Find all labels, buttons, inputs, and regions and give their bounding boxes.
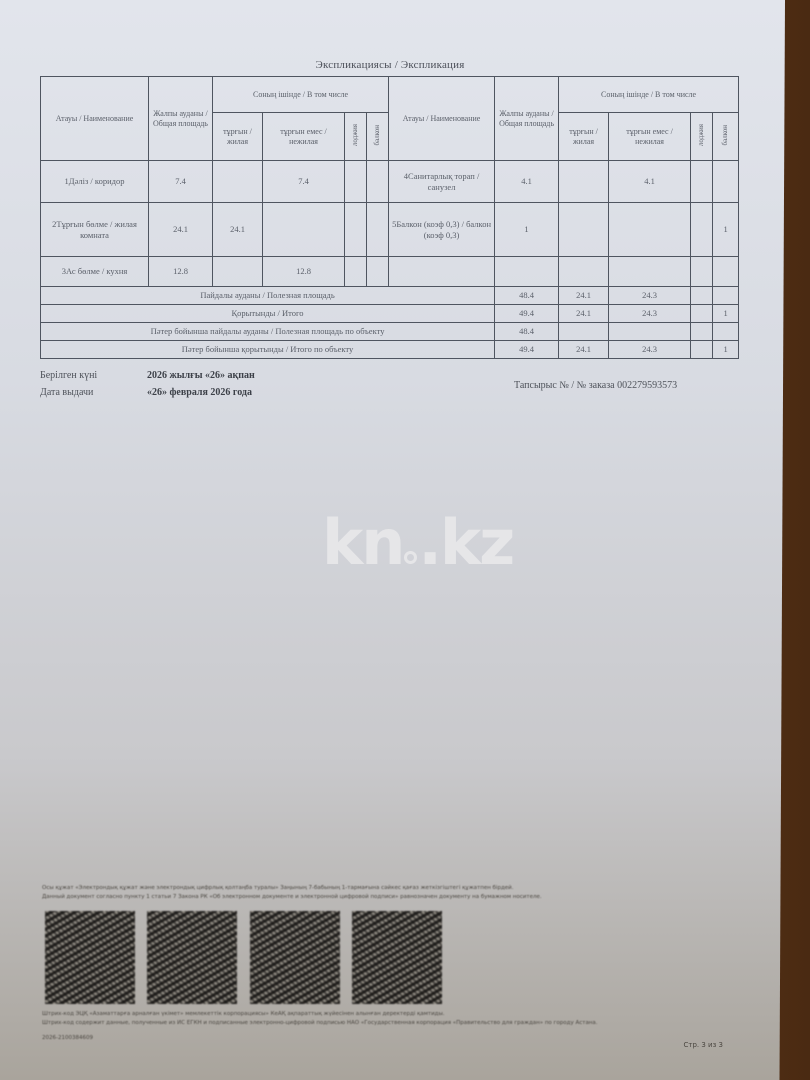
cell-non-residential: 4.1 <box>609 161 691 203</box>
table-row: 3Ас бөлме / кухня12.812.8 <box>41 257 739 287</box>
total-non-residential: 24.3 <box>609 341 691 359</box>
header-loggia: лоджия <box>691 113 713 161</box>
total-total: 48.4 <box>495 287 559 305</box>
cell-residential <box>559 257 609 287</box>
total-total: 49.4 <box>495 305 559 323</box>
cell-residential <box>559 203 609 257</box>
total-non-residential: 24.3 <box>609 287 691 305</box>
qr-code <box>45 911 135 1004</box>
cell-non-residential: 7.4 <box>263 161 345 203</box>
header-non-residential: тұрғын емес / нежилая <box>263 113 345 161</box>
cell-total: 12.8 <box>149 257 213 287</box>
cell-balcony <box>713 257 739 287</box>
total-loggia <box>691 323 713 341</box>
cell-non-residential <box>609 257 691 287</box>
cell-balcony: 1 <box>713 203 739 257</box>
total-residential <box>559 323 609 341</box>
totals-label: Пәтер бойынша қорытынды / Итого по объек… <box>41 341 495 359</box>
total-total: 49.4 <box>495 341 559 359</box>
totals-label: Пәтер бойынша пайдалы ауданы / Полезная … <box>41 323 495 341</box>
cell-total: 1 <box>495 203 559 257</box>
legal-notice-top: Осы құжат «Электрондық құжат және электр… <box>42 884 742 902</box>
total-non-residential <box>609 323 691 341</box>
cell-loggia <box>345 203 367 257</box>
room-name: 1Дәліз / коридор <box>41 161 149 203</box>
cell-total: 4.1 <box>495 161 559 203</box>
cell-residential: 24.1 <box>213 203 263 257</box>
room-name: 2Тұрғын бөлме / жилая комната <box>41 203 149 257</box>
totals-row: Пәтер бойынша пайдалы ауданы / Полезная … <box>41 323 739 341</box>
total-loggia <box>691 305 713 323</box>
total-balcony: 1 <box>713 305 739 323</box>
qr-code <box>147 911 237 1004</box>
total-total: 48.4 <box>495 323 559 341</box>
cell-loggia <box>691 257 713 287</box>
header-balcony: балкон <box>713 113 739 161</box>
total-residential: 24.1 <box>559 305 609 323</box>
document-title: Экспликациясы / Экспликация <box>40 59 740 71</box>
room-name <box>389 257 495 287</box>
issue-date-label-ru: Дата выдачи <box>40 387 93 398</box>
total-balcony <box>713 287 739 305</box>
cell-balcony <box>367 203 389 257</box>
total-balcony <box>713 323 739 341</box>
table-row: 2Тұрғын бөлме / жилая комната24.124.15Ба… <box>41 203 739 257</box>
cell-total <box>495 257 559 287</box>
document-page: Экспликациясы / Экспликация Атауы / Наим… <box>0 0 785 1080</box>
header-total-area: Жалпы ауданы / Общая площадь <box>149 77 213 161</box>
issue-date-value-ru: «26» февраля 2026 года <box>147 387 252 398</box>
cell-balcony <box>713 161 739 203</box>
cell-loggia <box>345 161 367 203</box>
cell-residential <box>213 161 263 203</box>
issue-date-label-kz: Берілген күні <box>40 370 97 381</box>
total-balcony: 1 <box>713 341 739 359</box>
explication-table: Атауы / Наименование Жалпы ауданы / Обща… <box>40 76 739 359</box>
qr-code <box>250 911 340 1004</box>
room-name: 4Санитарлық торап / санузел <box>389 161 495 203</box>
total-residential: 24.1 <box>559 341 609 359</box>
legal-notice-bottom: Штрих-код ЭЦҚ «Азаматтарға арналған үкім… <box>42 1010 742 1043</box>
totals-label: Пайдалы ауданы / Полезная площадь <box>41 287 495 305</box>
header-loggia: лоджия <box>345 113 367 161</box>
header-non-residential: тұрғын емес / нежилая <box>609 113 691 161</box>
issue-date-value-kz: 2026 жылғы «26» ақпан <box>147 370 255 381</box>
totals-row: Пайдалы ауданы / Полезная площадь48.424.… <box>41 287 739 305</box>
header-name: Атауы / Наименование <box>389 77 495 161</box>
cell-loggia <box>691 203 713 257</box>
header-residential: тұрғын / жилая <box>213 113 263 161</box>
qr-code <box>352 911 442 1004</box>
cell-non-residential <box>609 203 691 257</box>
header-including: Соның ішінде / В том числе <box>213 77 389 113</box>
cell-loggia <box>345 257 367 287</box>
house-icon <box>404 551 417 564</box>
page-number: Стр. 3 из 3 <box>684 1041 724 1049</box>
cell-non-residential <box>263 203 345 257</box>
totals-row: Қорытынды / Итого49.424.124.31 <box>41 305 739 323</box>
room-name: 3Ас бөлме / кухня <box>41 257 149 287</box>
watermark: kn.kz <box>322 506 513 579</box>
total-loggia <box>691 341 713 359</box>
total-non-residential: 24.3 <box>609 305 691 323</box>
header-name: Атауы / Наименование <box>41 77 149 161</box>
cell-balcony <box>367 257 389 287</box>
cell-total: 24.1 <box>149 203 213 257</box>
header-including: Соның ішінде / В том числе <box>559 77 739 113</box>
table-row: 1Дәліз / коридор7.47.44Санитарлық торап … <box>41 161 739 203</box>
cell-residential <box>559 161 609 203</box>
header-residential: тұрғын / жилая <box>559 113 609 161</box>
room-name: 5Балкон (коэф 0,3) / балкон (коэф 0,3) <box>389 203 495 257</box>
header-balcony: балкон <box>367 113 389 161</box>
cell-residential <box>213 257 263 287</box>
cell-loggia <box>691 161 713 203</box>
totals-label: Қорытынды / Итого <box>41 305 495 323</box>
cell-balcony <box>367 161 389 203</box>
total-residential: 24.1 <box>559 287 609 305</box>
order-number: Тапсырыс № / № заказа 002279593573 <box>514 380 677 391</box>
document-code: 2026-2100384609 <box>42 1034 742 1043</box>
cell-total: 7.4 <box>149 161 213 203</box>
cell-non-residential: 12.8 <box>263 257 345 287</box>
totals-row: Пәтер бойынша қорытынды / Итого по объек… <box>41 341 739 359</box>
total-loggia <box>691 287 713 305</box>
header-total-area: Жалпы ауданы / Общая площадь <box>495 77 559 161</box>
